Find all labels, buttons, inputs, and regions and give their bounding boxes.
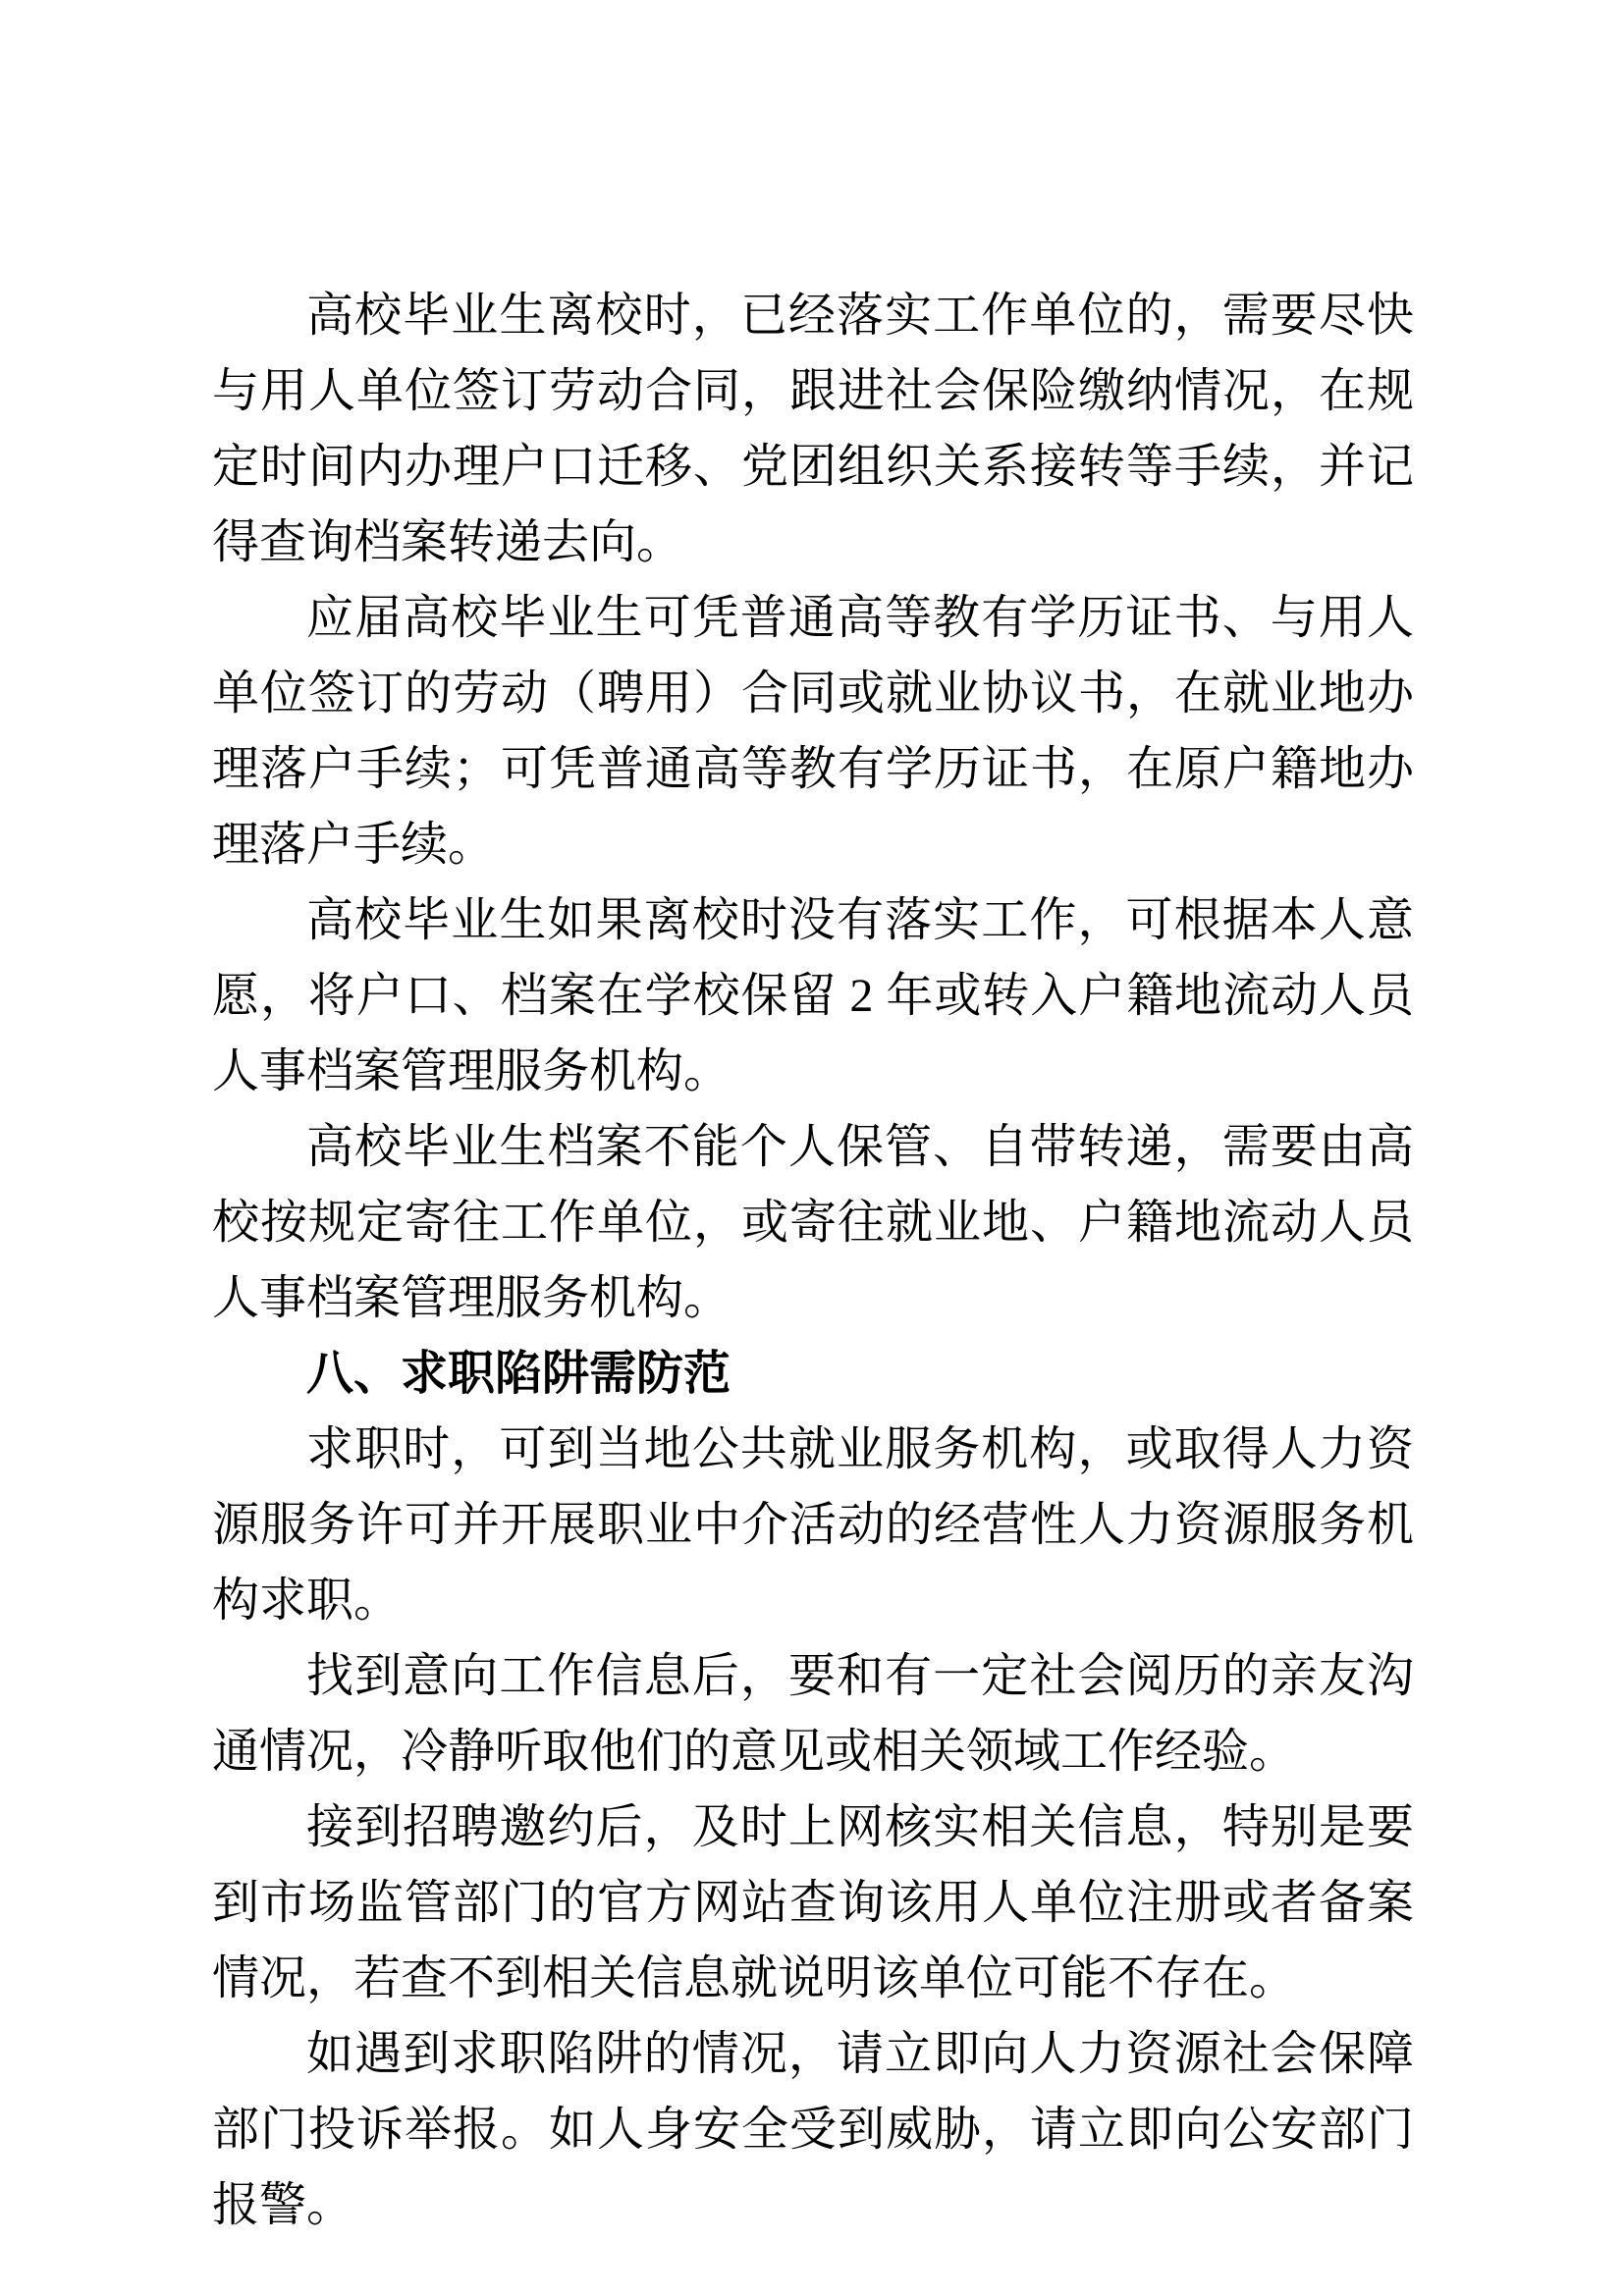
paragraph: 接到招聘邀约后，及时上网核实相关信息，特别是要到市场监管部门的官方网站查询该用人…: [212, 1789, 1414, 2016]
paragraph: 如遇到求职陷阱的情况，请立即向人力资源社会保障部门投诉举报。如人身安全受到威胁，…: [212, 2016, 1414, 2243]
section-heading: 八、求职陷阱需防范: [212, 1336, 1414, 1412]
paragraph: 高校毕业生离校时，已经落实工作单位的，需要尽快与用人单位签订劳动合同，跟进社会保…: [212, 278, 1414, 580]
paragraph: 找到意向工作信息后，要和有一定社会阅历的亲友沟通情况，冷静听取他们的意见或相关领…: [212, 1638, 1414, 1789]
paragraph: 应届高校毕业生可凭普通高等教有学历证书、与用人单位签订的劳动（聘用）合同或就业协…: [212, 580, 1414, 882]
paragraph: 求职时，可到当地公共就业服务机构，或取得人力资源服务许可并开展职业中介活动的经营…: [212, 1412, 1414, 1638]
paragraph: 高校毕业生如果离校时没有落实工作，可根据本人意愿，将户口、档案在学校保留 2 年…: [212, 882, 1414, 1109]
paragraph: 高校毕业生档案不能个人保管、自带转递，需要由高校按规定寄往工作单位，或寄往就业地…: [212, 1109, 1414, 1336]
document-content: 高校毕业生离校时，已经落实工作单位的，需要尽快与用人单位签订劳动合同，跟进社会保…: [212, 278, 1414, 2243]
document-page: 高校毕业生离校时，已经落实工作单位的，需要尽快与用人单位签订劳动合同，跟进社会保…: [0, 0, 1624, 2296]
